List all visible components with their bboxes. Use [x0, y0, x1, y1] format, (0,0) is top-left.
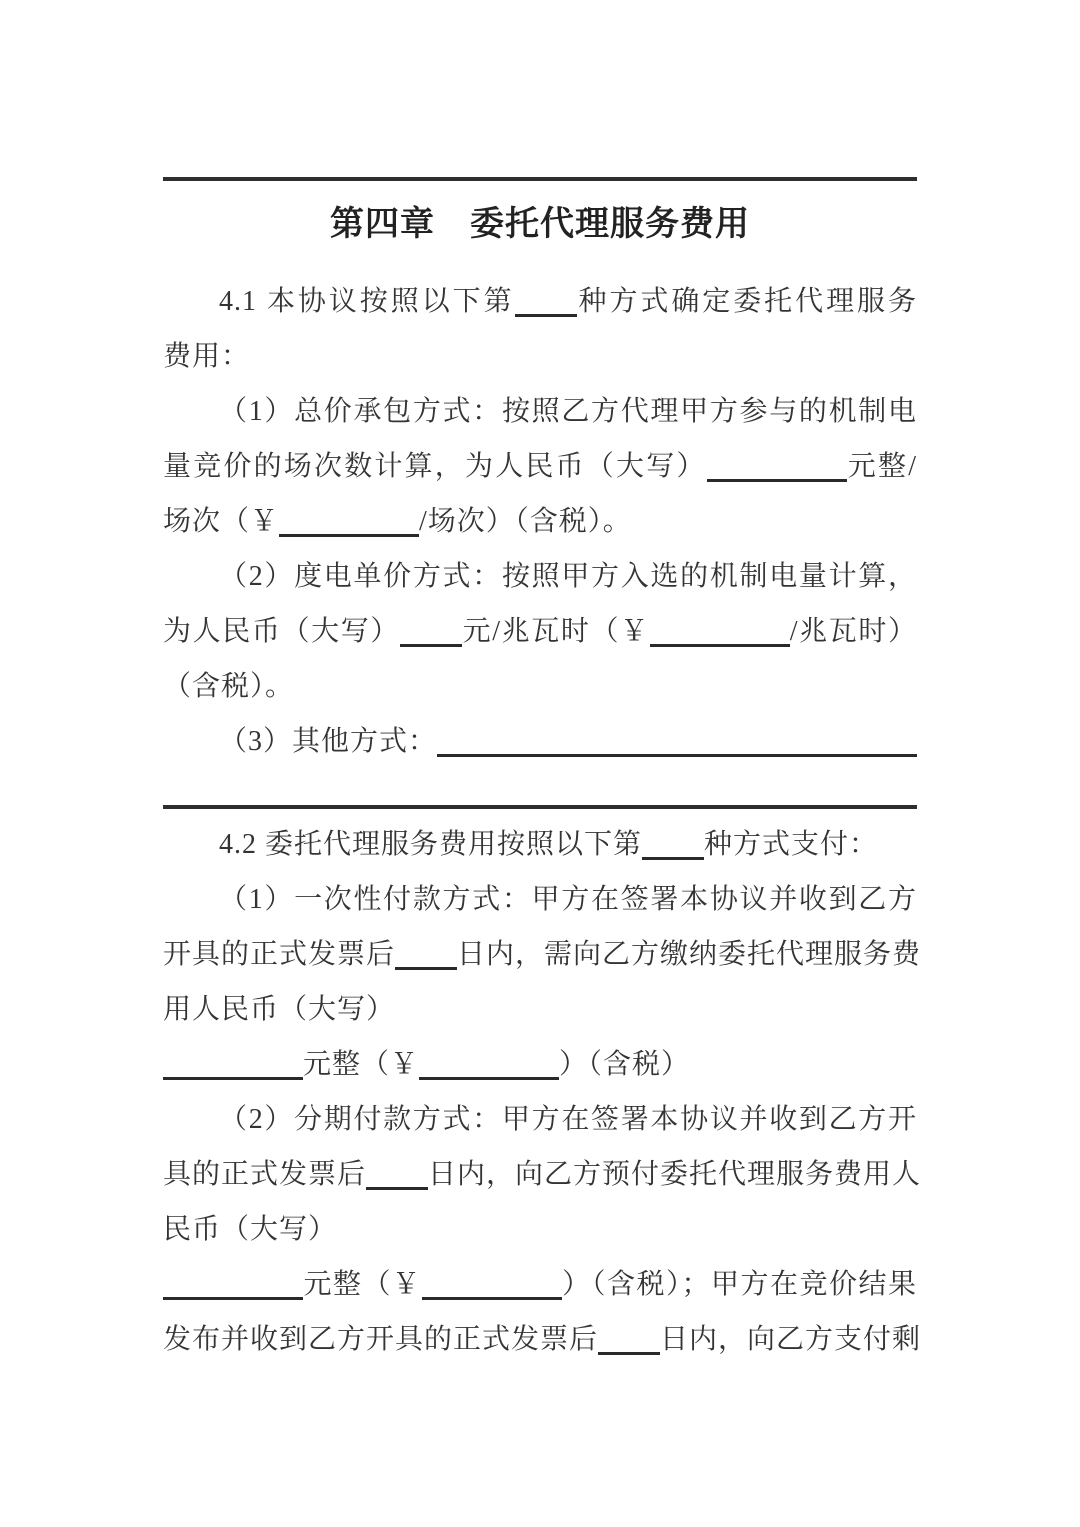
text-segment: （3）其他方式： [219, 726, 437, 757]
text-segment: （1）总价承包方式：按照乙方代理甲方参与的机制电 [219, 396, 917, 427]
text-line: 费用： [163, 329, 917, 384]
text-segment: （含税）。 [163, 671, 294, 702]
text-segment: 4.2 委托代理服务费用按照以下第 [219, 829, 642, 860]
text-segment: （1）一次性付款方式：甲方在签署本协议并收到乙方 [219, 884, 917, 915]
text-line: 开具的正式发票后日内，需向乙方缴纳委托代理服务费 [163, 927, 917, 982]
mid-rule [163, 805, 917, 809]
blank-field [598, 1322, 660, 1355]
blank-field [642, 827, 704, 860]
blank-field [366, 1157, 428, 1190]
text-line: （2）分期付款方式：甲方在签署本协议并收到乙方开 [163, 1092, 917, 1147]
text-segment: ）（含税） [559, 1049, 690, 1080]
blank-field [437, 724, 917, 757]
text-line: 场次（￥/场次）（含税）。 [163, 494, 917, 549]
text-segment: 具的正式发票后 [163, 1159, 366, 1190]
top-rule [163, 177, 917, 181]
text-line: （3）其他方式： [163, 714, 917, 769]
text-segment: /场次）（含税）。 [419, 506, 632, 537]
text-line: 4.1 本协议按照以下第种方式确定委托代理服务 [163, 274, 917, 329]
text-segment: 开具的正式发票后 [163, 939, 395, 970]
text-line: 量竞价的场次数计算，为人民币（大写）元整/ [163, 439, 917, 494]
blank-field [650, 614, 790, 647]
blank-field [400, 614, 462, 647]
text-line: 为人民币（大写）元/兆瓦时（￥/兆瓦时） [163, 604, 917, 659]
section-4-1: 4.1 本协议按照以下第种方式确定委托代理服务费用：（1）总价承包方式：按照乙方… [163, 274, 917, 769]
text-segment: 用人民币（大写） [163, 994, 395, 1025]
text-segment: 日内，向乙方支付剩 [660, 1324, 921, 1355]
text-segment: 种方式支付： [704, 829, 878, 860]
text-line: 4.2 委托代理服务费用按照以下第种方式支付： [163, 817, 917, 872]
text-segment: 日内，需向乙方缴纳委托代理服务费 [457, 939, 921, 970]
text-segment: ）（含税）；甲方在竞价结果 [562, 1269, 917, 1300]
text-segment: 费用： [163, 341, 250, 372]
section-4-2: 4.2 委托代理服务费用按照以下第种方式支付：（1）一次性付款方式：甲方在签署本… [163, 817, 917, 1367]
blank-field [395, 937, 457, 970]
text-segment: /兆瓦时） [790, 616, 917, 647]
text-line: 元整（￥）（含税） [163, 1037, 917, 1092]
text-segment: 元整（￥ [303, 1049, 419, 1080]
text-line: （含税）。 [163, 659, 917, 714]
text-segment: 量竞价的场次数计算，为人民币（大写） [163, 451, 707, 482]
blank-field [163, 1047, 303, 1080]
text-line: （2）度电单价方式：按照甲方入选的机制电量计算， [163, 549, 917, 604]
text-segment: 场次（￥ [163, 506, 279, 537]
text-segment: 4.1 本协议按照以下第 [219, 286, 515, 317]
text-line: 发布并收到乙方开具的正式发票后日内，向乙方支付剩 [163, 1312, 917, 1367]
text-segment: 元整（￥ [303, 1269, 422, 1300]
text-segment: 日内，向乙方预付委托代理服务费用人 [428, 1159, 921, 1190]
text-segment: 种方式确定委托代理服务 [577, 286, 917, 317]
blank-field [422, 1267, 562, 1300]
text-segment: 元整/ [847, 451, 917, 482]
blank-field [707, 449, 847, 482]
blank-field [515, 284, 577, 317]
text-line: 用人民币（大写） [163, 982, 917, 1037]
document-page: 第四章 委托代理服务费用 4.1 本协议按照以下第种方式确定委托代理服务费用：（… [0, 0, 1080, 1527]
text-line: 具的正式发票后日内，向乙方预付委托代理服务费用人 [163, 1147, 917, 1202]
chapter-title: 第四章 委托代理服务费用 [163, 199, 917, 251]
text-segment: 发布并收到乙方开具的正式发票后 [163, 1324, 598, 1355]
blank-field [279, 504, 419, 537]
text-segment: 为人民币（大写） [163, 616, 400, 647]
text-line: 民币（大写） [163, 1202, 917, 1257]
text-line: （1）总价承包方式：按照乙方代理甲方参与的机制电 [163, 384, 917, 439]
text-segment: （2）度电单价方式：按照甲方入选的机制电量计算， [219, 561, 917, 592]
blank-field [419, 1047, 559, 1080]
text-line: 元整（￥）（含税）；甲方在竞价结果 [163, 1257, 917, 1312]
text-segment: （2）分期付款方式：甲方在签署本协议并收到乙方开 [219, 1104, 917, 1135]
text-segment: 民币（大写） [163, 1214, 337, 1245]
text-line: （1）一次性付款方式：甲方在签署本协议并收到乙方 [163, 872, 917, 927]
text-segment: 元/兆瓦时（￥ [462, 616, 650, 647]
blank-field [163, 1267, 303, 1300]
